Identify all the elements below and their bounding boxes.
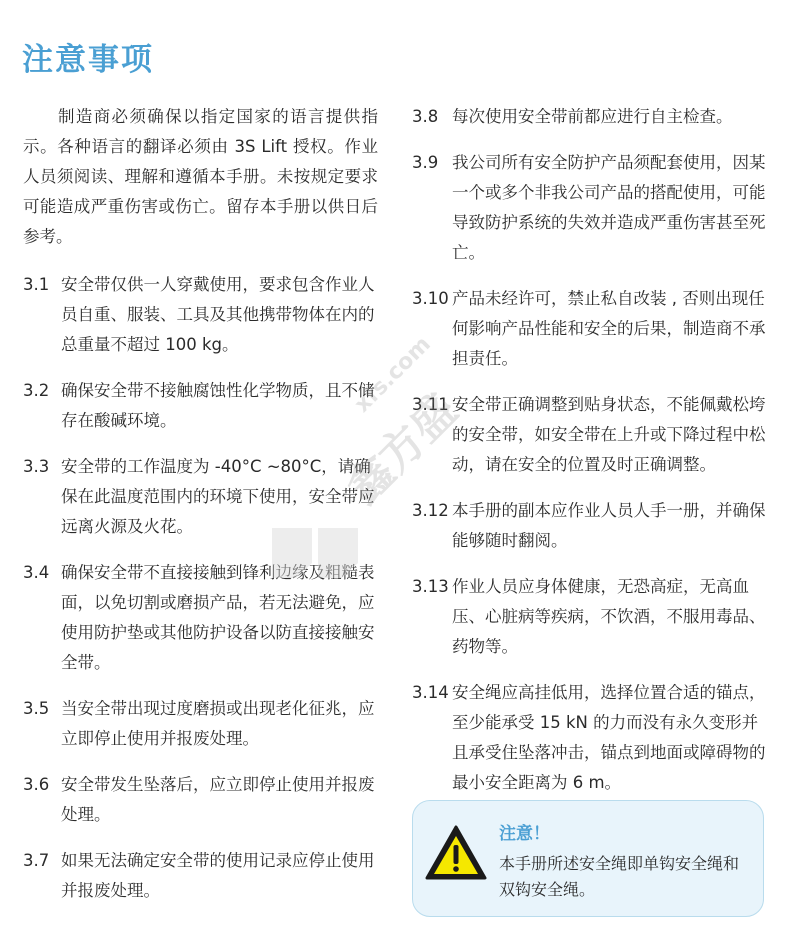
list-item: 3.6安全带发生坠落后，应立即停止使用并报废处理。 xyxy=(23,770,378,830)
item-number: 3.11 xyxy=(412,390,452,480)
warning-triangle-icon xyxy=(425,825,487,881)
item-number: 3.14 xyxy=(412,678,452,798)
item-number: 3.9 xyxy=(412,148,452,268)
list-item: 3.11安全带正确调整到贴身状态，不能佩戴松垮的安全带，如安全带在上升或下降过程… xyxy=(412,390,767,480)
list-item: 3.8每次使用安全带前都应进行自主检查。 xyxy=(412,102,767,132)
item-number: 3.4 xyxy=(23,558,61,678)
item-number: 3.10 xyxy=(412,284,452,374)
item-text: 安全带正确调整到贴身状态，不能佩戴松垮的安全带，如安全带在上升或下降过程中松动，… xyxy=(452,390,767,480)
notice-title: 注意！ xyxy=(499,819,550,844)
item-number: 3.1 xyxy=(23,270,61,360)
notice-text: 本手册所述安全绳即单钩安全绳和双钩安全绳。 xyxy=(499,851,754,903)
item-text: 如果无法确定安全带的使用记录应停止使用并报废处理。 xyxy=(61,846,378,906)
item-text: 安全绳应高挂低用，选择位置合适的锚点，至少能承受 15 kN 的力而没有永久变形… xyxy=(452,678,767,798)
list-item: 3.7如果无法确定安全带的使用记录应停止使用并报废处理。 xyxy=(23,846,378,906)
item-text: 每次使用安全带前都应进行自主检查。 xyxy=(452,102,767,132)
list-item: 3.13作业人员应身体健康，无恐高症，无高血压、心脏病等疾病，不饮酒，不服用毒品… xyxy=(412,572,767,662)
item-number: 3.7 xyxy=(23,846,61,906)
list-item: 3.1安全带仅供一人穿戴使用，要求包含作业人员自重、服装、工具及其他携带物体在内… xyxy=(23,270,378,360)
list-item: 3.5当安全带出现过度磨损或出现老化征兆，应立即停止使用并报废处理。 xyxy=(23,694,378,754)
item-number: 3.13 xyxy=(412,572,452,662)
list-item: 3.12本手册的副本应作业人员人手一册，并确保能够随时翻阅。 xyxy=(412,496,767,556)
list-item: 3.10产品未经许可，禁止私自改装 , 否则出现任何影响产品性能和安全的后果，制… xyxy=(412,284,767,374)
list-item: 3.2确保安全带不接触腐蚀性化学物质，且不储存在酸碱环境。 xyxy=(23,376,378,436)
item-number: 3.2 xyxy=(23,376,61,436)
item-text: 安全带发生坠落后，应立即停止使用并报废处理。 xyxy=(61,770,378,830)
item-text: 安全带仅供一人穿戴使用，要求包含作业人员自重、服装、工具及其他携带物体在内的总重… xyxy=(61,270,378,360)
left-column: 制造商必须确保以指定国家的语言提供指示。各种语言的翻译必须由 3S Lift 授… xyxy=(23,102,378,922)
item-text: 确保安全带不接触腐蚀性化学物质，且不储存在酸碱环境。 xyxy=(61,376,378,436)
page-title: 注意事项 xyxy=(22,34,154,79)
item-text: 产品未经许可，禁止私自改装 , 否则出现任何影响产品性能和安全的后果，制造商不承… xyxy=(452,284,767,374)
item-text: 我公司所有安全防护产品须配套使用，因某一个或多个非我公司产品的搭配使用，可能导致… xyxy=(452,148,767,268)
notice-box: 注意！ 本手册所述安全绳即单钩安全绳和双钩安全绳。 xyxy=(412,800,764,917)
item-text: 本手册的副本应作业人员人手一册，并确保能够随时翻阅。 xyxy=(452,496,767,556)
item-number: 3.12 xyxy=(412,496,452,556)
right-column: 3.8每次使用安全带前都应进行自主检查。 3.9我公司所有安全防护产品须配套使用… xyxy=(412,102,767,814)
list-item: 3.14安全绳应高挂低用，选择位置合适的锚点，至少能承受 15 kN 的力而没有… xyxy=(412,678,767,798)
item-number: 3.6 xyxy=(23,770,61,830)
item-text: 作业人员应身体健康，无恐高症，无高血压、心脏病等疾病，不饮酒，不服用毒品、药物等… xyxy=(452,572,767,662)
intro-paragraph: 制造商必须确保以指定国家的语言提供指示。各种语言的翻译必须由 3S Lift 授… xyxy=(23,102,378,252)
list-item: 3.9我公司所有安全防护产品须配套使用，因某一个或多个非我公司产品的搭配使用，可… xyxy=(412,148,767,268)
item-number: 3.3 xyxy=(23,452,61,542)
item-text: 当安全带出现过度磨损或出现老化征兆，应立即停止使用并报废处理。 xyxy=(61,694,378,754)
item-number: 3.5 xyxy=(23,694,61,754)
item-number: 3.8 xyxy=(412,102,452,132)
